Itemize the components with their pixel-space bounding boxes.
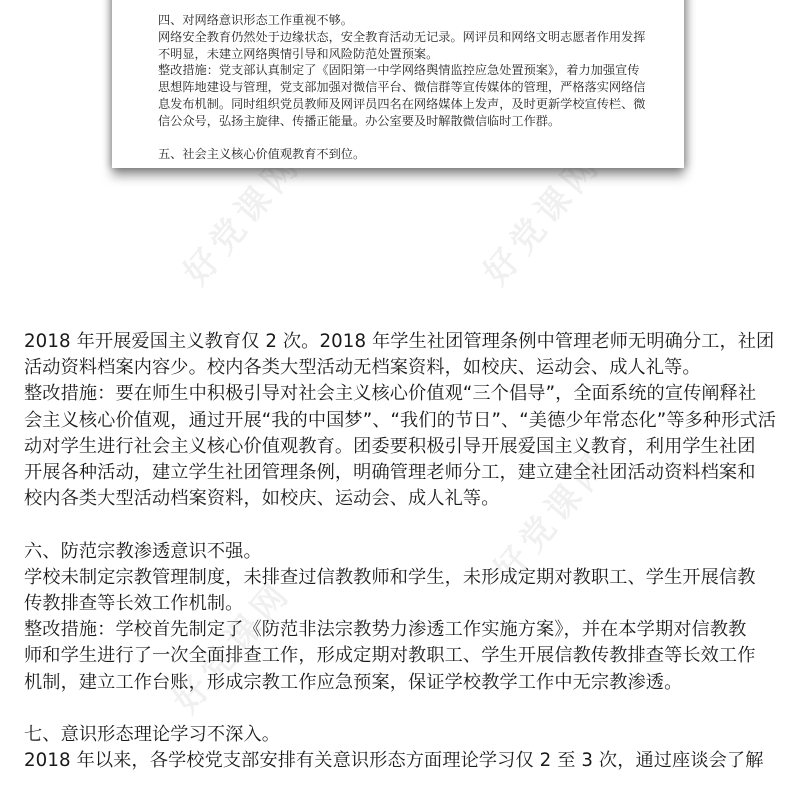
section-heading: 六、防范宗教渗透意识不强。 bbox=[24, 539, 784, 565]
document-body: 2018 年开展爱国主义教育仅 2 次。2018 年学生社团管理条例中管理老师无… bbox=[24, 329, 784, 774]
spacer bbox=[24, 696, 784, 722]
paragraph-line: 学校未制定宗教管理制度，未排查过信教教师和学生，未形成定期对教职工、学生开展信教 bbox=[24, 565, 784, 591]
spacer bbox=[158, 130, 678, 147]
embedded-document-card: 四、对网络意识形态工作重视不够。 网络安全教育仍然处于边缘状态，安全教育活动无记… bbox=[112, 0, 684, 168]
paragraph-line: 信公众号，弘扬主旋律、传播正能量。办公室要及时解散微信临时工作群。 bbox=[158, 113, 678, 130]
embedded-document-text: 四、对网络意识形态工作重视不够。 网络安全教育仍然处于边缘状态，安全教育活动无记… bbox=[158, 12, 678, 163]
section-heading: 四、对网络意识形态工作重视不够。 bbox=[158, 12, 678, 29]
paragraph-line: 息发布机制。同时组织党员教师及网评员四名在网络媒体上发声，及时更新学校宣传栏、微 bbox=[158, 96, 678, 113]
paragraph-line: 动对学生进行社会主义核心价值观教育。团委要积极引导开展爱国主义教育，利用学生社团 bbox=[24, 434, 784, 460]
spacer bbox=[24, 512, 784, 538]
paragraph-line: 活动资料档案内容少。校内各类大型活动无档案资料，如校庆、运动会、成人礼等。 bbox=[24, 355, 784, 381]
paragraph-line: 师和学生进行了一次全面排查工作，形成定期对教职工、学生开展信教传教排查等长效工作 bbox=[24, 643, 784, 669]
paragraph-line: 整改措施：党支部认真制定了《固阳第一中学网络舆情监控应急处置预案》，着力加强宣传 bbox=[158, 62, 678, 79]
paragraph-line: 整改措施：学校首先制定了《防范非法宗教势力渗透工作实施方案》，并在本学期对信教教 bbox=[24, 617, 784, 643]
paragraph-line: 整改措施：要在师生中积极引导对社会主义核心价值观“三个倡导”，全面系统的宣传阐释… bbox=[24, 381, 784, 407]
paragraph-line: 校内各类大型活动档案资料，如校庆、运动会、成人礼等。 bbox=[24, 486, 784, 512]
paragraph-line: 不明显，未建立网络舆情引导和风险防范处置预案。 bbox=[158, 46, 678, 63]
paragraph-line: 机制，建立工作台账，形成宗教工作应急预案，保证学校教学工作中无宗教渗透。 bbox=[24, 670, 784, 696]
section-heading: 七、意识形态理论学习不深入。 bbox=[24, 722, 784, 748]
paragraph-line: 网络安全教育仍然处于边缘状态，安全教育活动无记录。网评员和网络文明志愿者作用发挥 bbox=[158, 29, 678, 46]
paragraph-line: 开展各种活动，建立学生社团管理条例，明确管理老师分工，建立建全社团活动资料档案和 bbox=[24, 460, 784, 486]
paragraph-line: 传教排查等长效工作机制。 bbox=[24, 591, 784, 617]
paragraph-line: 2018 年以来，各学校党支部安排有关意识形态方面理论学习仅 2 至 3 次，通… bbox=[24, 748, 784, 774]
paragraph-line: 2018 年开展爱国主义教育仅 2 次。2018 年学生社团管理条例中管理老师无… bbox=[24, 329, 784, 355]
paragraph-line: 思想阵地建设与管理，党支部加强对微信平台、微信群等宣传媒体的管理，严格落实网络信 bbox=[158, 79, 678, 96]
section-heading: 五、社会主义核心价值观教育不到位。 bbox=[158, 146, 678, 163]
paragraph-line: 会主义核心价值观，通过开展“我的中国梦”、“我们的节日”、“美德少年常态化”等多… bbox=[24, 408, 784, 434]
